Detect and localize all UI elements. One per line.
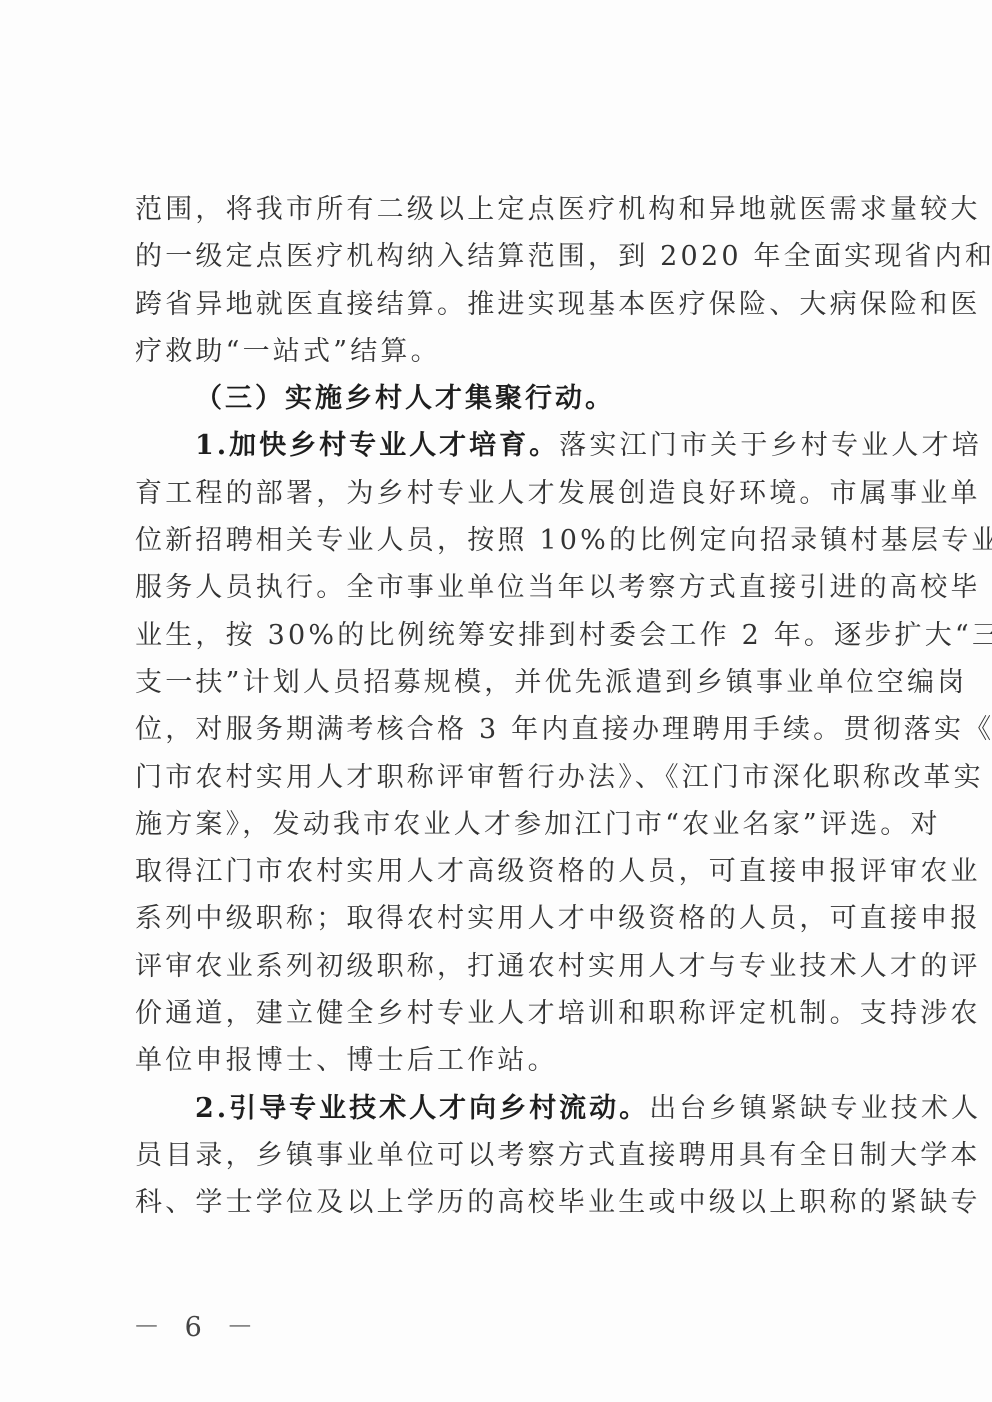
- text-line: 门市农村实用人才职称评审暂行办法》、《江门市深化职称改革实: [135, 754, 870, 801]
- line-text: 价通道，建立健全乡村专业人才培训和职称评定机制。支持涉农: [135, 998, 981, 1029]
- line-text: 员目录，乡镇事业单位可以考察方式直接聘用具有全日制大学本: [135, 1140, 981, 1171]
- line-text: 取得江门市农村实用人才高级资格的人员，可直接申报评审农业: [135, 856, 981, 887]
- page-number: － 6 －: [133, 1305, 261, 1344]
- line-text: 评审农业系列初级职称，打通农村实用人才与专业技术人才的评: [135, 951, 981, 982]
- line-text: 位，对服务期满考核合格 3 年内直接办理聘用手续。贯彻落实《江: [135, 714, 992, 745]
- section-heading: （三）实施乡村人才集聚行动。: [135, 375, 870, 422]
- line-text: 育工程的部署，为乡村专业人才发展创造良好环境。市属事业单: [135, 478, 981, 509]
- text-line: 位，对服务期满考核合格 3 年内直接办理聘用手续。贯彻落实《江: [135, 706, 870, 753]
- line-text: 落实江门市关于乡村专业人才培: [559, 430, 982, 461]
- line-text: 疗救助“一站式”结算。: [135, 336, 441, 367]
- text-line: 服务人员执行。全市事业单位当年以考察方式直接引进的高校毕: [135, 564, 870, 611]
- text-line: 价通道，建立健全乡村专业人才培训和职称评定机制。支持涉农: [135, 990, 870, 1037]
- text-line: 业生，按 30%的比例统筹安排到村委会工作 2 年。逐步扩大“三: [135, 612, 870, 659]
- document-page: 范围，将我市所有二级以上定点医疗机构和异地就医需求量较大 的一级定点医疗机构纳入…: [0, 0, 992, 1402]
- text-line: 取得江门市农村实用人才高级资格的人员，可直接申报评审农业: [135, 848, 870, 895]
- subsection-line: 2.引导专业技术人才向乡村流动。出台乡镇紧缺专业技术人: [135, 1085, 870, 1132]
- text-line: 科、学士学位及以上学历的高校毕业生或中级以上职称的紧缺专: [135, 1179, 870, 1226]
- line-text: 的一级定点医疗机构纳入结算范围，到 2020 年全面实现省内和: [135, 241, 992, 272]
- subsection-heading-2: 2.引导专业技术人才向乡村流动。: [195, 1093, 649, 1124]
- line-text: 位新招聘相关专业人员，按照 10%的比例定向招录镇村基层专业: [135, 525, 992, 556]
- line-text: 出台乡镇紧缺专业技术人: [649, 1093, 981, 1124]
- line-text: 系列中级职称；取得农村实用人才中级资格的人员，可直接申报: [135, 903, 981, 934]
- text-line: 的一级定点医疗机构纳入结算范围，到 2020 年全面实现省内和: [135, 233, 870, 280]
- document-body: 范围，将我市所有二级以上定点医疗机构和异地就医需求量较大 的一级定点医疗机构纳入…: [135, 186, 870, 1227]
- subsection-heading-1: 1.加快乡村专业人才培育。: [195, 430, 559, 461]
- line-text: 单位申报博士、博士后工作站。: [135, 1045, 558, 1076]
- text-line: 育工程的部署，为乡村专业人才发展创造良好环境。市属事业单: [135, 470, 870, 517]
- text-line: 评审农业系列初级职称，打通农村实用人才与专业技术人才的评: [135, 943, 870, 990]
- text-line: 员目录，乡镇事业单位可以考察方式直接聘用具有全日制大学本: [135, 1132, 870, 1179]
- line-text: 施方案》，发动我市农业人才参加江门市“农业名家”评选。对: [135, 809, 941, 840]
- text-line: 疗救助“一站式”结算。: [135, 328, 870, 375]
- text-line: 范围，将我市所有二级以上定点医疗机构和异地就医需求量较大: [135, 186, 870, 233]
- line-text: 跨省异地就医直接结算。推进实现基本医疗保险、大病保险和医: [135, 289, 981, 320]
- text-line: 系列中级职称；取得农村实用人才中级资格的人员，可直接申报: [135, 895, 870, 942]
- text-line: 位新招聘相关专业人员，按照 10%的比例定向招录镇村基层专业: [135, 517, 870, 564]
- text-line: 支一扶”计划人员招募规模，并优先派遣到乡镇事业单位空编岗: [135, 659, 870, 706]
- subsection-line: 1.加快乡村专业人才培育。落实江门市关于乡村专业人才培: [135, 422, 870, 469]
- text-line: 跨省异地就医直接结算。推进实现基本医疗保险、大病保险和医: [135, 281, 870, 328]
- line-text: 支一扶”计划人员招募规模，并优先派遣到乡镇事业单位空编岗: [135, 667, 967, 698]
- line-text: 范围，将我市所有二级以上定点医疗机构和异地就医需求量较大: [135, 194, 981, 225]
- line-text: 科、学士学位及以上学历的高校毕业生或中级以上职称的紧缺专: [135, 1187, 981, 1218]
- line-text: 业生，按 30%的比例统筹安排到村委会工作 2 年。逐步扩大“三: [135, 620, 992, 651]
- section-heading-text: （三）实施乡村人才集聚行动。: [195, 383, 615, 414]
- line-text: 门市农村实用人才职称评审暂行办法》、《江门市深化职称改革实: [135, 762, 984, 793]
- text-line: 单位申报博士、博士后工作站。: [135, 1037, 870, 1084]
- line-text: 服务人员执行。全市事业单位当年以考察方式直接引进的高校毕: [135, 572, 981, 603]
- text-line: 施方案》，发动我市农业人才参加江门市“农业名家”评选。对: [135, 801, 870, 848]
